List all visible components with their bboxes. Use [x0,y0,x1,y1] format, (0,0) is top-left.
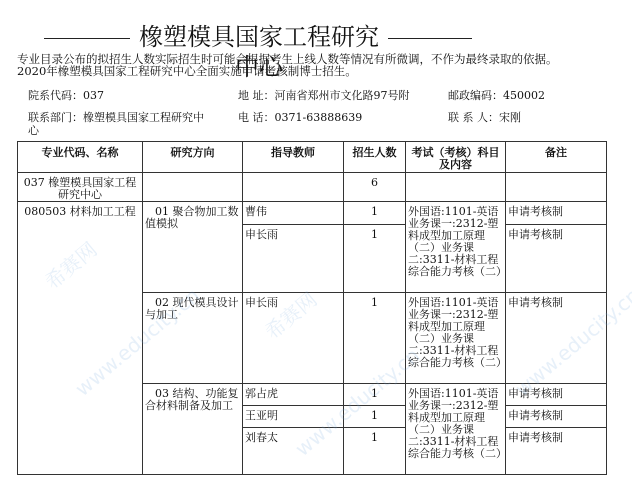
advisor-count: 1 [344,384,406,406]
catalog-table: 专业代码、名称 研究方向 指导教师 招生人数 考试（考核）科目及内容 备注 03… [17,141,607,475]
note: 申请考核制 [506,202,607,225]
header-direction: 研究方向 [143,142,243,173]
header-count: 招生人数 [344,142,406,173]
header-exam: 考试（考核）科目及内容 [406,142,506,173]
dept-code: 院系代码：037 [28,89,104,103]
note: 申请考核制 [506,225,607,293]
dept-name: 037 橡塑模具国家工程研究中心 [18,173,143,202]
advisor-count: 1 [344,428,406,475]
advisor-name: 曹伟 [243,202,344,225]
header-note: 备注 [506,142,607,173]
direction-03: 03 结构、功能复合材料制备及加工 [143,384,243,475]
note: 申请考核制 [506,406,607,428]
header-major: 专业代码、名称 [18,142,143,173]
contact-person: 联 系 人：宋刚 [448,111,521,125]
advisor-name: 郭占虎 [243,384,344,406]
advisor-count: 1 [344,293,406,384]
title-rule-left [44,38,130,39]
table-row: 080503 材料加工工程 01 聚合物加工数值模拟 曹伟 1 外国语:1101… [18,202,607,225]
contact-dept-wrap: 心 [28,124,39,138]
exam-content: 外国语:1101-英语 业务课一:2312-塑料成型加工原理（二）业务课二:33… [406,384,506,475]
advisor-name: 刘春太 [243,428,344,475]
note: 申请考核制 [506,293,607,384]
notice: 专业目录公布的拟招生人数实际招生时可能会根据考生上线人数等情况有所微调，不作为最… [17,53,558,77]
exam-content: 外国语:1101-英语 业务课一:2312-塑料成型加工原理（二）业务课二:33… [406,293,506,384]
dept-count: 6 [344,173,406,202]
title-rule-right [388,38,472,39]
header-row: 专业代码、名称 研究方向 指导教师 招生人数 考试（考核）科目及内容 备注 [18,142,607,173]
direction-01: 01 聚合物加工数值模拟 [143,202,243,293]
note: 申请考核制 [506,384,607,406]
notice-line-2: 2020年橡塑模具国家工程研究中心全面实施申请考核制博士招生。 [17,65,558,77]
direction-02: 02 现代模具设计与加工 [143,293,243,384]
address: 地 址：河南省郑州市文化路97号附 [238,89,410,103]
advisor-name: 申长雨 [243,293,344,384]
advisor-count: 1 [344,225,406,293]
dept-row: 037 橡塑模具国家工程研究中心 6 [18,173,607,202]
postcode: 邮政编码：450002 [448,89,545,103]
advisor-count: 1 [344,406,406,428]
major-name: 080503 材料加工工程 [18,202,143,475]
contact-dept: 联系部门：橡塑模具国家工程研究中 [28,111,204,125]
advisor-name: 申长雨 [243,225,344,293]
advisor-name: 王亚明 [243,406,344,428]
phone: 电 话：0371-63888639 [238,111,362,125]
title-row: 橡塑模具国家工程研究中心 [0,22,632,52]
header-advisor: 指导教师 [243,142,344,173]
advisor-count: 1 [344,202,406,225]
note: 申请考核制 [506,428,607,475]
exam-content: 外国语:1101-英语 业务课一:2312-塑料成型加工原理（二）业务课二:33… [406,202,506,293]
